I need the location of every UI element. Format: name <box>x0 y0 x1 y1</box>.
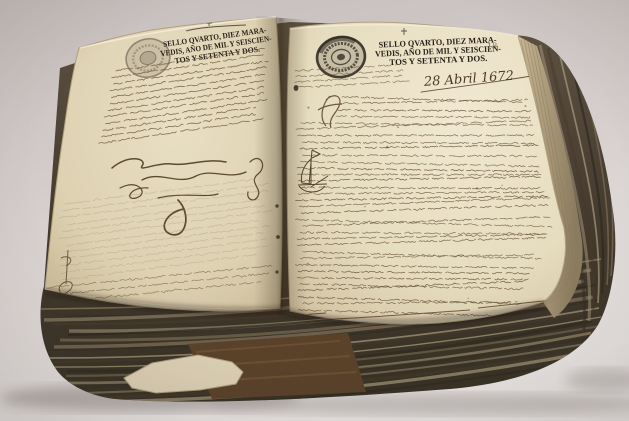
vignette-overlay <box>0 0 629 421</box>
photograph-of-manuscript-book: SELLO QVARTO, DIEZ MARA- VEDIS, AÑO DE M… <box>0 0 629 421</box>
book-photo-canvas: SELLO QVARTO, DIEZ MARA- VEDIS, AÑO DE M… <box>0 0 629 421</box>
